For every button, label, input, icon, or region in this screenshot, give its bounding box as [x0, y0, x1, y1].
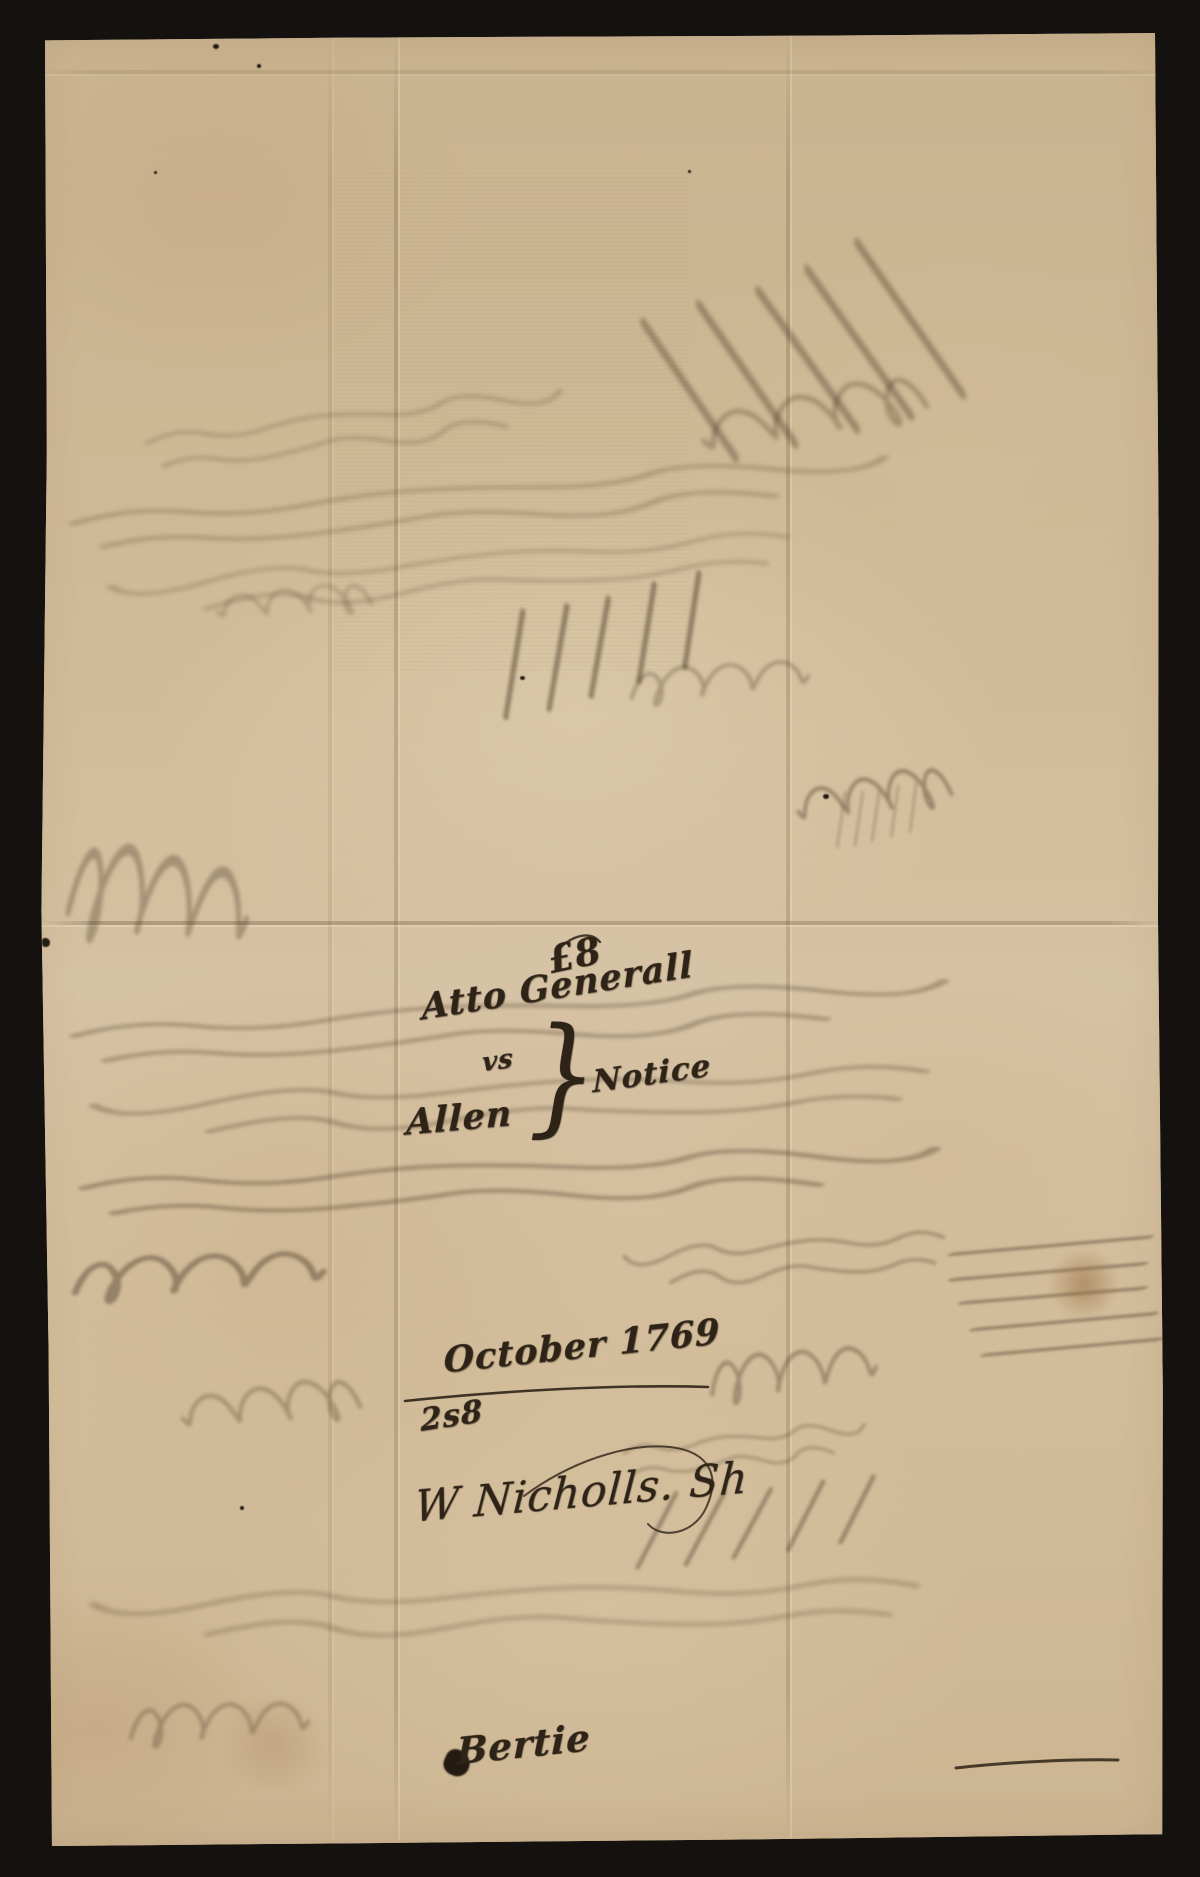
ink-bleedthrough-mark: [618, 1211, 953, 1309]
versus-label: vs: [482, 1044, 513, 1079]
fee-note: 2s8: [419, 1393, 484, 1439]
ink-bleedthrough-layer: [0, 0, 1200, 1877]
vertical-fold-crease: [786, 35, 790, 1840]
county-name: Bertie: [456, 1715, 591, 1773]
horizontal-fold-crease: [42, 921, 1162, 925]
scanned-document-stage: £8 Atto Generall vs } Notice Allen Octob…: [0, 0, 1200, 1877]
ink-speck: [257, 64, 261, 68]
docket-date: October 1769: [444, 1311, 721, 1381]
ink-bleedthrough-mark: [696, 742, 965, 859]
defendant-name: Allen: [406, 1093, 513, 1143]
horizontal-fold-crease: [42, 70, 1162, 74]
ink-bleedthrough-mark: [578, 201, 1001, 509]
ink-speck: [240, 1506, 244, 1510]
ink-bleedthrough-mark: [67, 1355, 373, 1463]
ink-bleedthrough-mark: [555, 346, 946, 506]
vertical-fold-crease: [328, 35, 332, 1840]
paper-stain: [1048, 1248, 1120, 1320]
ink-bleedthrough-mark: [118, 566, 382, 644]
ink-bleedthrough-mark: [138, 373, 573, 488]
ink-speck: [42, 938, 50, 947]
ink-speck: [520, 676, 525, 680]
ink-bleedthrough-mark: [816, 772, 945, 852]
ink-speck: [213, 44, 219, 49]
ink-speck: [154, 171, 157, 174]
paper-sheet: £8 Atto Generall vs } Notice Allen Octob…: [0, 0, 1200, 1877]
case-brace: }: [528, 1012, 598, 1140]
ink-speck: [688, 170, 691, 173]
ink-bleedthrough-mark: [451, 548, 769, 729]
ink-bleedthrough-mark: [98, 510, 801, 641]
paper-stain: [214, 1700, 334, 1790]
vertical-fold-crease: [394, 35, 398, 1840]
ink-speck: [823, 794, 829, 799]
case-note: Notice: [592, 1048, 711, 1101]
ink-bleedthrough-mark: [58, 1213, 483, 1324]
ink-bleedthrough-mark: [59, 439, 902, 569]
clerk-signature: W Nicholls. Sh: [413, 1453, 750, 1533]
ink-bleedthrough-mark: [617, 625, 923, 726]
ink-bleedthrough-mark: [118, 1668, 423, 1769]
pen-flourishes: [0, 0, 1200, 1877]
ink-bleedthrough-mark: [940, 1194, 1191, 1406]
ink-bleedthrough-mark: [51, 795, 369, 1010]
ink-bleedthrough-mark: [79, 1555, 931, 1665]
ink-bleedthrough-mark: [69, 1130, 951, 1236]
ink-bleedthrough-mark: [695, 1301, 985, 1429]
